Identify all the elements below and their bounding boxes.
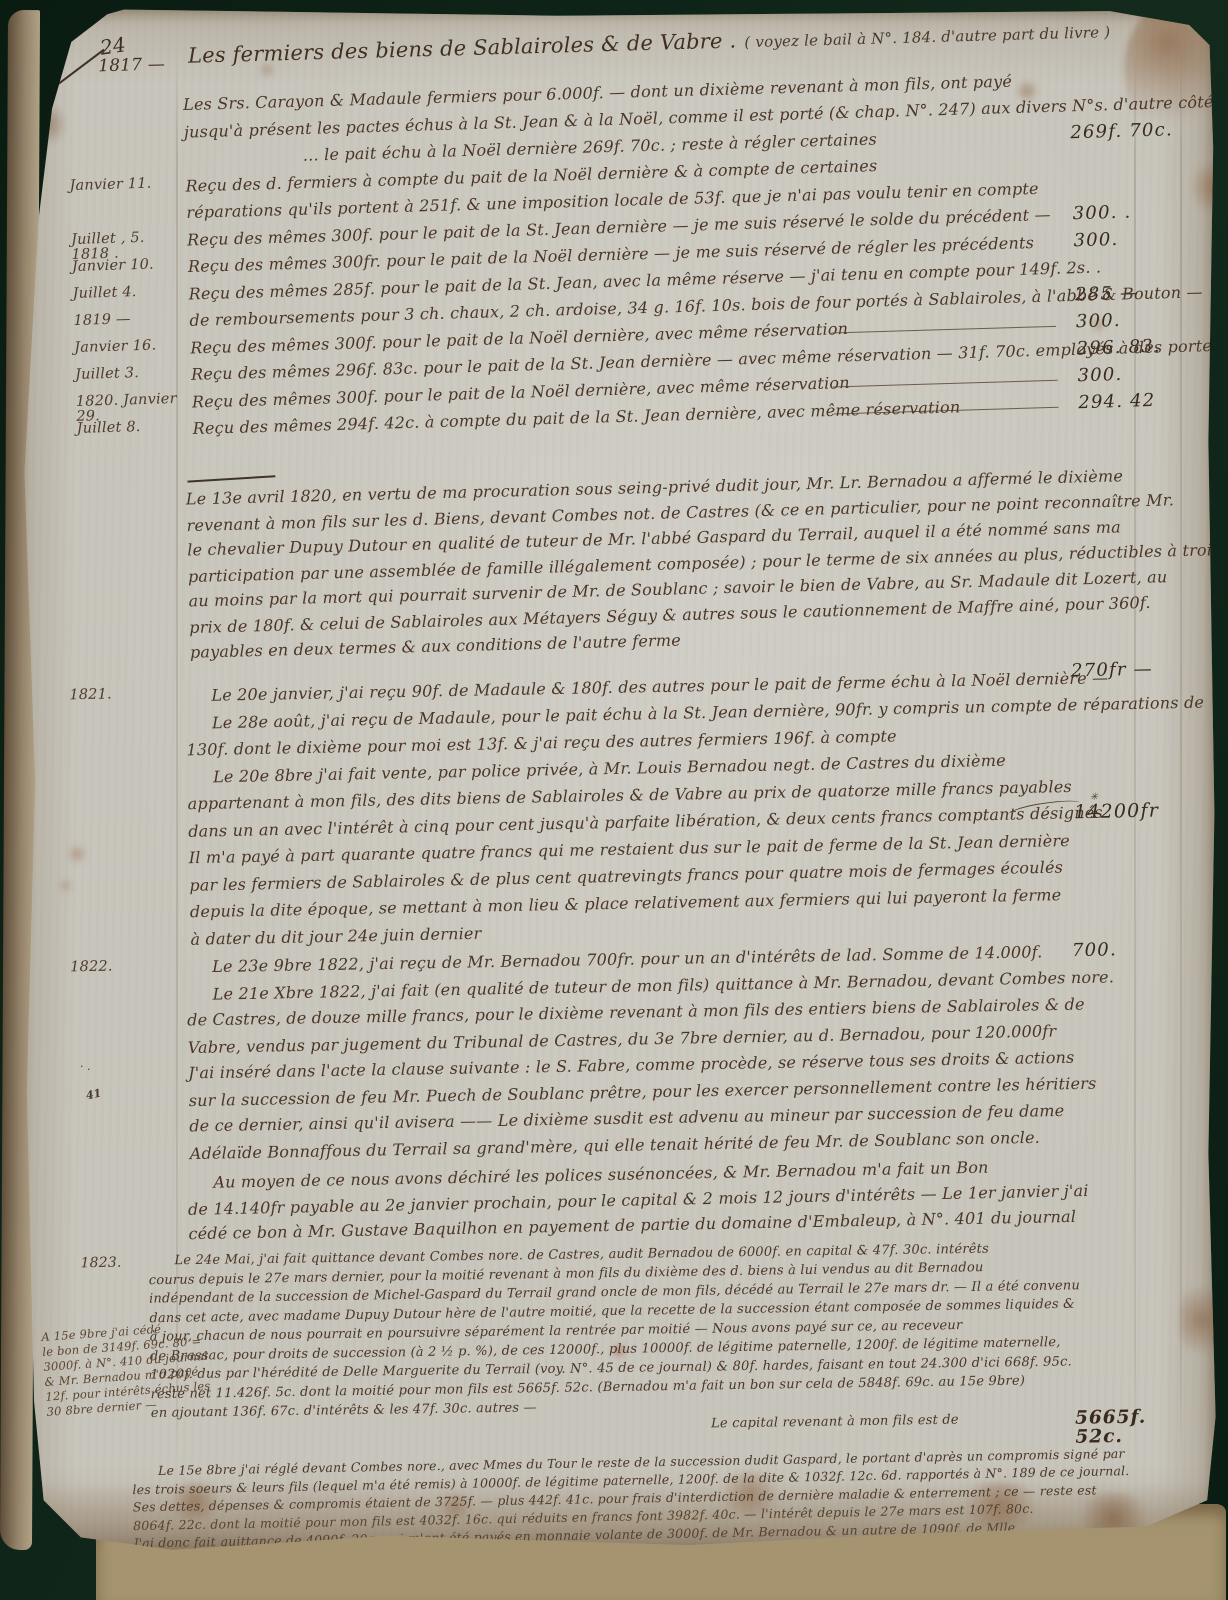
entry-date-label <box>74 901 194 904</box>
block-b1821: 1821. Le 20e janvier, j'ai reçu 90f. de … <box>35 661 1190 955</box>
entry-date-label: Juillet 3. <box>75 364 195 383</box>
entry-text: Le capital revenant à mon fils est de <box>711 1411 959 1434</box>
entry-amount: 700. <box>1068 935 1186 964</box>
entry-date-label <box>74 643 194 646</box>
entry-date-label <box>70 739 190 742</box>
entry-date-label <box>70 490 190 493</box>
entry-date-label: Juillet 8. <box>76 418 196 437</box>
entry-date-label <box>72 1064 192 1066</box>
entry-amount: 270fr — <box>1067 654 1186 683</box>
page-paper: 24 23 · . 41 1817 — Les fermiers des bie… <box>16 8 1218 1556</box>
entry-date-label <box>72 592 192 595</box>
entry-date-label <box>73 1090 193 1092</box>
entry-date-label <box>73 1117 193 1119</box>
entry-date-label: 1821. <box>69 685 189 703</box>
entry-date-label: Janvier 11. <box>69 175 189 194</box>
page-content: 1817 — Les fermiers des biens de Sablair… <box>16 8 1218 1556</box>
block-p1820: Le 13e avril 1820, en vertu de ma procur… <box>36 461 1190 670</box>
entry-amount: 300. <box>1072 305 1191 335</box>
entry-date-label <box>74 928 194 931</box>
entry-date-label <box>71 793 191 796</box>
page-title: Les fermiers des biens de Sablairoles & … <box>188 28 737 77</box>
entry-dash-line <box>831 326 1056 334</box>
entry-date-label <box>71 766 191 769</box>
block-b1822: 1822. Le 23e 9bre 1822, j'ai reçu de Mr.… <box>36 935 1190 1169</box>
entry-amount: 300. <box>1069 224 1188 254</box>
entry-amount: 14200fr <box>1070 796 1189 825</box>
entry-amount <box>1068 1236 1186 1238</box>
entry-date-label <box>70 712 190 715</box>
entry-date-label <box>68 121 188 125</box>
entry-amount: 5665f. 52c. <box>1071 1407 1190 1447</box>
entry-amount: 269f. 70c. <box>1066 116 1185 146</box>
entry-date-label <box>73 617 193 620</box>
entry-date-label <box>72 1037 192 1039</box>
entry-date-label <box>73 847 193 850</box>
entry-date-label <box>71 541 191 544</box>
entry-date-label <box>67 95 187 99</box>
entry-date-label <box>70 515 190 518</box>
entry-date-label <box>83 1425 203 1427</box>
entry-date-label <box>74 1143 194 1145</box>
entry-date-label <box>72 566 192 569</box>
entry-date-label <box>71 1173 191 1176</box>
entry-text: à dater du dit jour 24e juin dernier <box>190 919 481 952</box>
entry-amount: 300. <box>1073 359 1192 389</box>
entry-date-label <box>72 1224 192 1227</box>
manuscript-scan: 24 23 · . 41 1817 — Les fermiers des bie… <box>0 0 1228 1600</box>
entry-date-label: 1819 — <box>73 310 193 329</box>
block-top: Les Srs. Carayon & Madaule fermiers pour… <box>33 62 1193 447</box>
entry-date-label: 1822. <box>70 958 190 975</box>
year-label: 1817 — <box>98 53 219 76</box>
entry-amount: 294. 42 <box>1074 386 1193 416</box>
entry-date-label <box>73 874 193 877</box>
entry-amount <box>1064 62 1182 66</box>
entry-date-label <box>72 1199 192 1202</box>
entry-dash-line <box>833 380 1058 388</box>
entry-amount <box>1067 461 1185 464</box>
title-reference: ( voyez le bail à N°. 184. d'autre part … <box>736 18 1111 62</box>
entry-date-label: Janvier 16. <box>74 337 194 356</box>
entry-date-label <box>72 820 192 823</box>
ledger-blocks: Les Srs. Carayon & Madaule fermiers pour… <box>38 96 1188 1573</box>
entry-amount: 300. . <box>1068 197 1187 227</box>
entry-date-label: Janvier 10. <box>72 256 192 275</box>
entry-date-label <box>71 1011 191 1013</box>
entry-date-label: Juillet 4. <box>72 283 192 302</box>
entry-date-label <box>70 202 190 206</box>
entry-date-label <box>68 148 188 152</box>
entry-date-label <box>71 984 191 986</box>
block-note: A 15e 9bre j'ai cédé le bon de 3149f. 69… <box>41 1316 247 1420</box>
